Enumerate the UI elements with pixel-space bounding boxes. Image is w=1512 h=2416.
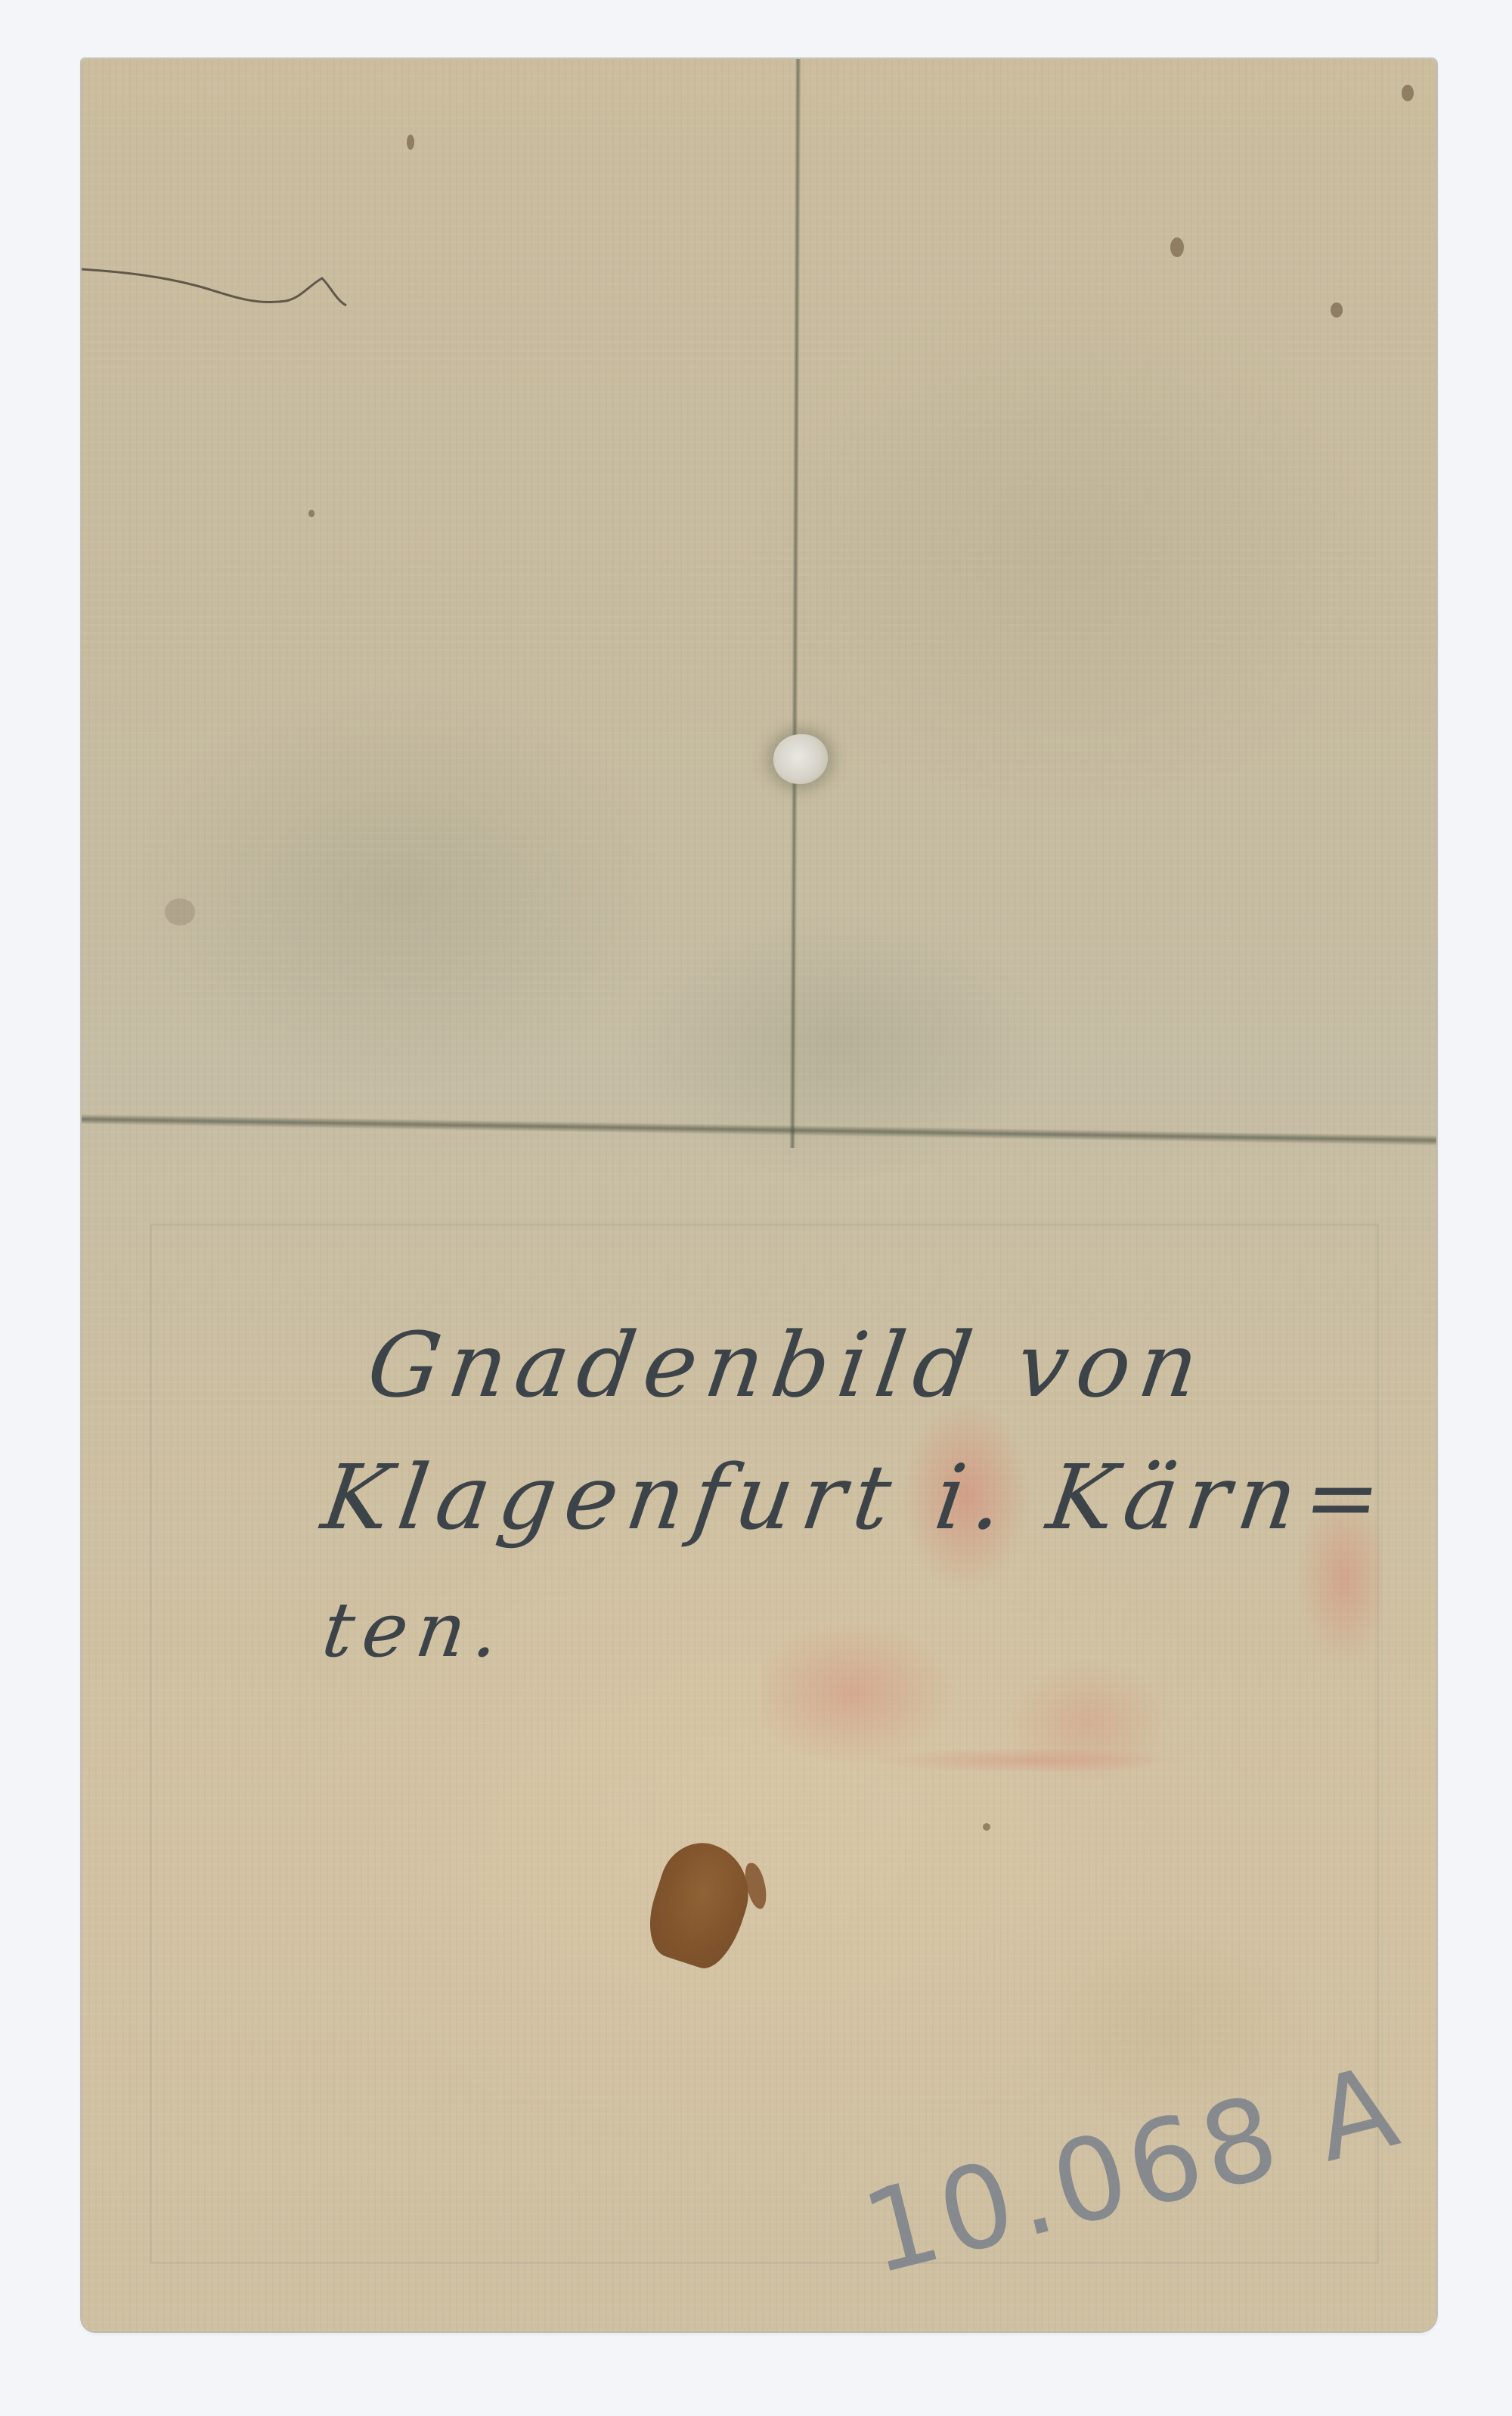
spot xyxy=(308,510,314,517)
annotation-line-2: Klagenfurt i. Kärn= xyxy=(314,1431,1436,1564)
spot xyxy=(407,135,414,150)
paper-card: Gnadenbild von Klagenfurt i. Kärn= ten. … xyxy=(82,59,1436,2331)
spot xyxy=(1402,85,1414,101)
pin-hole xyxy=(773,734,828,784)
handwritten-annotation: Gnadenbild von Klagenfurt i. Kärn= ten. xyxy=(308,1299,1436,1696)
vertical-fold-line xyxy=(789,59,801,1148)
annotation-line-3: ten. xyxy=(314,1564,1436,1696)
spot xyxy=(983,1823,990,1831)
annotation-line-1: Gnadenbild von xyxy=(360,1299,1436,1431)
scan-background: Gnadenbild von Klagenfurt i. Kärn= ten. … xyxy=(0,0,1512,2416)
scratch-mark xyxy=(82,233,384,324)
spot xyxy=(1170,237,1184,257)
spot xyxy=(165,898,195,926)
spot xyxy=(1331,302,1343,318)
horizontal-fold-line xyxy=(82,1114,1436,1146)
